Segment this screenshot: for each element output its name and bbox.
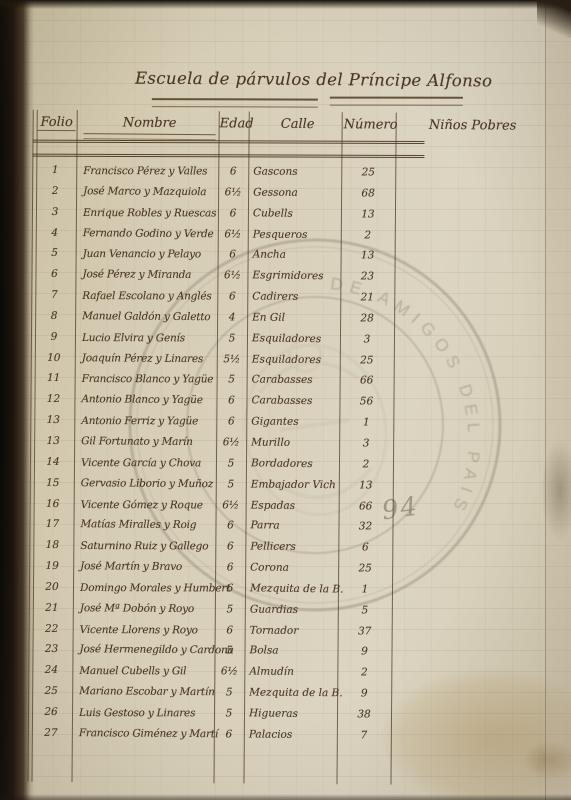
cell-numero: 56 bbox=[341, 392, 391, 413]
cell-nombre: Vicente Gómez y Roque bbox=[81, 495, 215, 516]
cell-numero: 3 bbox=[341, 433, 391, 454]
cell-calle: Cubells bbox=[253, 203, 341, 225]
cell-numero: 32 bbox=[340, 517, 390, 538]
cell-edad: 4 bbox=[218, 307, 246, 328]
cell-edad: 6 bbox=[215, 724, 243, 745]
cell-numero: 66 bbox=[342, 371, 392, 392]
cell-folio: 1 bbox=[35, 160, 75, 181]
cell-numero: 38 bbox=[339, 704, 389, 725]
cell-edad: 6 bbox=[216, 557, 244, 578]
cell-edad: 6½ bbox=[219, 182, 247, 203]
cell-nombre: José Pérez y Miranda bbox=[82, 264, 216, 286]
cell-numero: 66 bbox=[341, 496, 391, 517]
cell-folio: 19 bbox=[32, 556, 72, 577]
cell-edad: 6 bbox=[217, 411, 245, 432]
cell-nombre: Luis Gestoso y Linares bbox=[79, 703, 213, 724]
cell-edad: 5 bbox=[215, 703, 243, 724]
cell-edad: 6 bbox=[216, 578, 244, 599]
cell-folio: 2 bbox=[35, 181, 75, 202]
cell-calle: Mezquita de la B. bbox=[249, 683, 337, 705]
cell-folio: 8 bbox=[34, 306, 74, 327]
cell-nombre: Francisco Pérez y Valles bbox=[83, 161, 217, 182]
cell-numero: 25 bbox=[340, 558, 390, 579]
cell-calle: Gigantes bbox=[251, 412, 339, 434]
cell-nombre: Francisco Giménez y Martí bbox=[79, 723, 213, 745]
cell-calle: Corona bbox=[250, 558, 338, 580]
scanned-page: DE AMIGOS DEL PAIS 94 Escuela de párvulo… bbox=[0, 0, 571, 800]
cell-calle: Bolsa bbox=[249, 641, 337, 663]
cell-folio: 16 bbox=[33, 493, 73, 514]
cell-nombre: Fernando Godino y Verde bbox=[83, 223, 217, 245]
bottom-edge-shadow bbox=[0, 794, 571, 800]
cell-calle: Cadirers bbox=[252, 287, 340, 309]
cell-calle: Pesqueros bbox=[253, 224, 341, 246]
cell-calle: Mezquita de la B. bbox=[250, 578, 338, 600]
cell-numero: 13 bbox=[343, 204, 393, 225]
cell-folio: 23 bbox=[31, 639, 71, 660]
cell-nombre: Saturnino Ruiz y Gallego bbox=[80, 536, 214, 557]
cell-folio: 11 bbox=[34, 368, 74, 389]
cell-edad: 5 bbox=[215, 682, 243, 703]
cell-folio: 21 bbox=[32, 598, 72, 619]
cell-edad: 5 bbox=[216, 599, 244, 620]
cell-numero: 2 bbox=[343, 225, 393, 246]
cell-numero: 9 bbox=[339, 642, 389, 663]
cell-nombre: Antonio Blanco y Yagüe bbox=[81, 389, 215, 411]
cell-folio: 7 bbox=[34, 285, 74, 306]
cell-edad: 5½ bbox=[218, 349, 246, 370]
cell-folio: 10 bbox=[34, 347, 74, 368]
cell-folio: 6 bbox=[34, 264, 74, 285]
cell-numero: 25 bbox=[343, 162, 393, 183]
cell-numero: 13 bbox=[343, 246, 393, 267]
cell-edad: 6 bbox=[216, 620, 244, 641]
cell-numero: 28 bbox=[342, 308, 392, 329]
cell-calle: Esquiladores bbox=[252, 349, 340, 371]
cell-edad: 6½ bbox=[215, 661, 243, 682]
cell-folio: 13 bbox=[33, 410, 73, 431]
cell-numero: 2 bbox=[341, 454, 391, 475]
cell-edad: 5 bbox=[218, 328, 246, 349]
cell-edad: 6 bbox=[216, 536, 244, 557]
cell-edad: 6½ bbox=[217, 432, 245, 453]
cell-numero: 1 bbox=[341, 412, 391, 433]
cell-calle: Carabasses bbox=[251, 390, 339, 412]
cell-numero: 6 bbox=[340, 537, 390, 558]
cell-folio: 27 bbox=[31, 723, 71, 744]
cell-edad: 6 bbox=[218, 286, 246, 307]
cell-calle: Higueras bbox=[249, 703, 337, 725]
cell-nombre: Francisco Blanco y Yagüe bbox=[82, 369, 216, 390]
cell-calle: Tornador bbox=[250, 620, 338, 642]
cell-folio: 4 bbox=[35, 222, 75, 243]
column-header-ninos-pobres: Niños Pobres bbox=[408, 118, 538, 134]
cell-nombre: José Martín y Bravo bbox=[80, 556, 214, 578]
cell-folio: 20 bbox=[32, 577, 72, 598]
header-double-rule bbox=[32, 140, 424, 158]
cell-edad: 6 bbox=[219, 161, 247, 182]
cell-nombre: Vicente García y Chova bbox=[81, 453, 215, 474]
cell-edad: 5 bbox=[218, 370, 246, 391]
binding-edge bbox=[0, 0, 34, 800]
cell-folio: 17 bbox=[32, 514, 72, 535]
cell-folio: 13 bbox=[33, 431, 73, 452]
page-title: Escuela de párvulos del Príncipe Alfonso bbox=[135, 69, 475, 91]
cell-nombre: Manuel Galdón y Galetto bbox=[82, 306, 216, 328]
cell-edad: 5 bbox=[217, 453, 245, 474]
cell-nombre: José Mª Dobón y Royo bbox=[80, 598, 214, 620]
cell-calle: Almudín bbox=[249, 662, 337, 684]
cell-folio: 25 bbox=[31, 681, 71, 702]
cell-calle: Guardias bbox=[250, 599, 338, 621]
cell-folio: 26 bbox=[31, 702, 71, 723]
cell-numero: 68 bbox=[343, 183, 393, 204]
cell-nombre: José Marco y Mazquiola bbox=[83, 181, 217, 203]
cell-calle: Espadas bbox=[251, 495, 339, 517]
cell-numero: 7 bbox=[339, 725, 389, 746]
cell-edad: 6½ bbox=[217, 495, 245, 516]
cell-numero: 9 bbox=[339, 683, 389, 704]
cell-nombre: Gervasio Liborio y Muñoz bbox=[81, 473, 215, 495]
cell-numero: 21 bbox=[342, 287, 392, 308]
cell-calle: Gessona bbox=[253, 182, 341, 204]
cell-numero: 5 bbox=[340, 600, 390, 621]
table-row: 27Francisco Giménez y Martí6Palacios7 bbox=[0, 722, 566, 747]
cell-edad: 6 bbox=[216, 516, 244, 537]
cell-nombre: Vicente Llorens y Royo bbox=[80, 620, 214, 641]
ledger-sheet: Escuela de párvulos del Príncipe Alfonso… bbox=[0, 0, 571, 800]
cell-edad: 6½ bbox=[219, 224, 247, 245]
cell-folio: 18 bbox=[32, 535, 72, 556]
cell-calle: Embajador Vich bbox=[251, 474, 339, 496]
cell-numero: 2 bbox=[339, 662, 389, 683]
cell-calle: En Gil bbox=[252, 307, 340, 329]
cell-nombre: Lucio Elvira y Genís bbox=[82, 328, 216, 349]
cell-folio: 15 bbox=[33, 472, 73, 493]
cell-folio: 22 bbox=[32, 618, 72, 639]
column-header-folio: Folio bbox=[38, 115, 76, 131]
cell-nombre: Manuel Cubells y Gil bbox=[79, 661, 213, 682]
cell-folio: 9 bbox=[34, 327, 74, 348]
cell-numero: 37 bbox=[340, 621, 390, 642]
cell-folio: 14 bbox=[33, 452, 73, 473]
cell-numero: 25 bbox=[342, 350, 392, 371]
cell-nombre: Matías Miralles y Roig bbox=[80, 515, 214, 537]
cell-calle: Bordadores bbox=[251, 453, 339, 475]
top-right-shadow bbox=[537, 0, 571, 38]
top-edge-shadow bbox=[0, 0, 571, 9]
column-header-nombre: Nombre bbox=[86, 115, 214, 131]
column-header-numero: Número bbox=[344, 117, 396, 132]
cell-edad: 5 bbox=[217, 474, 245, 495]
cell-numero: 13 bbox=[341, 475, 391, 496]
cell-nombre: Enrique Robles y Ruescas bbox=[83, 203, 217, 224]
cell-edad: 6 bbox=[219, 203, 247, 224]
cell-edad: 6 bbox=[217, 391, 245, 412]
cell-edad: 6½ bbox=[218, 265, 246, 286]
cell-numero: 1 bbox=[340, 579, 390, 600]
cell-nombre: Rafael Escolano y Anglés bbox=[82, 286, 216, 307]
facing-page-edge bbox=[546, 0, 571, 800]
cell-folio: 5 bbox=[35, 243, 75, 264]
cell-calle: Murillo bbox=[251, 432, 339, 454]
title-underline-left bbox=[152, 98, 318, 107]
cell-calle: Carabasses bbox=[252, 370, 340, 392]
cell-nombre: Mariano Escobar y Martín bbox=[79, 681, 213, 703]
table-rows: 1Francisco Pérez y Valles6Gascons252José… bbox=[0, 160, 570, 748]
cell-nombre: Antonio Ferriz y Yagüe bbox=[81, 411, 215, 432]
cell-nombre: Domingo Morales y Humbert bbox=[80, 578, 214, 599]
cell-calle: Parra bbox=[250, 516, 338, 538]
cell-nombre: Joaquín Pérez y Linares bbox=[82, 348, 216, 370]
cell-calle: Esgrimidores bbox=[252, 265, 340, 287]
page-fold-line bbox=[545, 0, 546, 800]
column-header-calle: Calle bbox=[254, 117, 342, 133]
cell-calle: Gascons bbox=[253, 162, 341, 184]
cell-calle: Pellicers bbox=[250, 537, 338, 559]
cell-calle: Ancha bbox=[253, 245, 341, 267]
cell-numero: 3 bbox=[342, 329, 392, 350]
cell-calle: Esquiladores bbox=[252, 328, 340, 350]
cell-nombre: Gil Fortunato y Marín bbox=[81, 431, 215, 453]
cell-folio: 12 bbox=[33, 389, 73, 410]
cell-folio: 24 bbox=[31, 660, 71, 681]
column-header-edad: Edad bbox=[220, 116, 250, 131]
cell-edad: 6 bbox=[219, 245, 247, 266]
cell-numero: 23 bbox=[342, 266, 392, 287]
cell-edad: 5 bbox=[215, 641, 243, 662]
cell-nombre: Juan Venancio y Pelayo bbox=[83, 244, 217, 265]
title-underline-right bbox=[330, 97, 463, 106]
cell-folio: 3 bbox=[35, 201, 75, 222]
cell-nombre: José Hermenegildo y Cardona bbox=[79, 640, 213, 662]
cell-calle: Palacios bbox=[249, 724, 337, 746]
